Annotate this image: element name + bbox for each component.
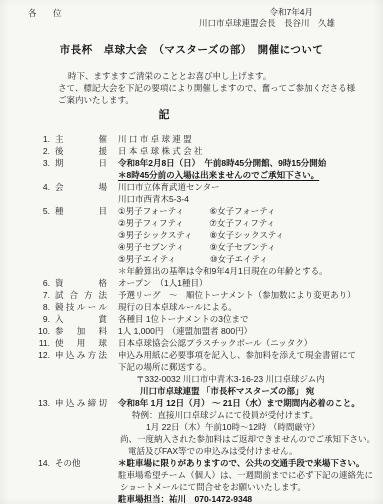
item-number: 3. [0,157,50,169]
list-item: 14. その他 ＊駐車場に限りがありますので、公共の交通手段で来場下さい。 駐車… [0,457,383,504]
item-number: 5. [0,205,50,217]
item-label: 会 場 [55,181,107,193]
header-right: 令和7年4月 川口市卓球連盟会長 長谷川 久雄 [199,7,335,29]
item-number: 6. [0,277,50,289]
item-number: 8. [0,301,50,313]
intro-line: さて、標記大会を下記の要項により開催しますので、奮ってご参加くださる様 [58,82,383,94]
item-number: 4. [0,181,50,193]
item-label: 申込み締切 [55,397,107,409]
item-line: 駐車場担当：祐川 070-1472-9348 [118,493,383,504]
item-number: 13. [0,397,50,409]
item-number: 9. [0,313,50,325]
item-number: 10. [0,325,50,337]
item-line: 下記の場所に郵送する。 [118,361,383,373]
list-item: 6. 資 格 オープン （1人1種目） [0,277,383,289]
page-title: 市長杯 卓球大会 （マスターズの部） 開催について [0,43,383,57]
item-label: 後 援 [55,145,107,157]
intro-line: ご案内いたします。 [58,94,383,106]
item-line: 尚、一度納入された参加料はご返却できませんのでご承知下さい。 [118,433,383,445]
item-label: 種 目 [55,205,107,217]
item-label: 申込み方法 [55,349,107,361]
item-line: 1人 1,000円 （連盟加盟者 800円） [118,325,383,337]
item-line: 各種目 1位トーナメントの3位まで [118,313,383,325]
item-line: ＊年齢算出の基準は令和9年4月1日現在の年齢とする。 [118,265,383,277]
document-date: 令和7年4月 [199,7,335,18]
list-item: 10. 参 加 料 1人 1,000円 （連盟加盟者 800円） [0,325,383,337]
intro-paragraph: 時下、ますますご清栄のこととお喜び申し上げます。 さて、標記大会を下記の要項によ… [58,70,383,106]
sender-name: 川口市卓球連盟会長 長谷川 久雄 [199,18,335,29]
item-line: 令和8年 1月 12日（月） ～ 21日（水）まで期間内必着のこと。 [118,397,383,409]
item-line: 日 本 卓 球 株 式 会 社 [118,145,383,157]
item-label: 主 催 [55,133,107,145]
item-line: 川口市立体育武道センター [118,181,383,193]
item-number: 11. [0,337,50,349]
item-line: 電話及びFAX等での申込みは受付けません。 [118,445,383,457]
list-item: 7. 試合方法 予選リーグ ～ 順位トーナメント（参加数により変更あり） [0,289,383,301]
item-line: 川口市卓球連盟 「市長杯マスターズの部」 宛 [118,385,383,397]
item-number: 1. [0,133,50,145]
list-item: 11. 使 用 球 日本卓球協会公認プラスチックボール（ニッタク） [0,337,383,349]
item-label: 試合方法 [55,289,107,301]
item-label: 競技ルール [55,301,107,313]
list-item: 4. 会 場 川口市立体育武道センター 川口市西青木5-3-4 [0,181,383,205]
intro-line: 時下、ますますご清栄のこととお喜び申し上げます。 [58,70,383,82]
item-line: ③男子シックスティ ⑧女子シックスティ [118,229,383,241]
list-item: 1. 主 催 川 口 市 卓 球 連 盟 [0,133,383,145]
item-line: ②男子フィフティ ⑦女子フィフティ [118,217,383,229]
item-label: 参 加 料 [55,325,107,337]
item-number: 14. [0,457,50,469]
item-line: 〒332-0032 川口市中青木3-16-23 川口卓球ジム内 [118,373,383,385]
list-item: 5. 種 目 ①男子フォーティ ⑥女子フォーティ ②男子フィフティ ⑦女子フィフ… [0,205,383,277]
item-line: ④男子セブンティ ⑨女子セブンティ [118,241,383,253]
document-page: 各 位 令和7年4月 川口市卓球連盟会長 長谷川 久雄 市長杯 卓球大会 （マス… [0,0,383,504]
list-item: 13. 申込み締切 令和8年 1月 12日（月） ～ 21日（水）まで期間内必着… [0,397,383,457]
item-line: 川口市西青木5-3-4 [118,193,383,205]
item-line: 令和8年2月8日（日） 午前8時45分開館、9時15分開始 [118,157,383,169]
item-label: 入 賞 [55,313,107,325]
list-item: 9. 入 賞 各種目 1位トーナメントの3位まで [0,313,383,325]
list-item: 8. 競技ルール 現行の日本卓球ルールによる。 [0,301,383,313]
item-label: 使 用 球 [55,337,107,349]
item-label: 期 日 [55,157,107,169]
list-item: 2. 後 援 日 本 卓 球 株 式 会 社 [0,145,383,157]
item-line: 特例：直接川口卓球ジムにて役員が受付けます。 [118,409,383,421]
item-line: 現行の日本卓球ルールによる。 [118,301,383,313]
item-number: 7. [0,289,50,301]
item-label: その他 [55,457,107,469]
item-line: 駐車場希望チーム（個人）は、一週間前までに必ず下記の連絡先に [118,469,383,481]
item-line: ＊8時45分前の入場は出来ませんのでご承知下さい。 [118,169,383,181]
item-line: 1月 22日（木）午前10時～12時 （時間厳守） [118,421,383,433]
ki-heading: 記 [0,108,383,122]
item-line: 川 口 市 卓 球 連 盟 [118,133,383,145]
item-label: 資 格 [55,277,107,289]
document-header: 各 位 令和7年4月 川口市卓球連盟会長 長谷川 久雄 [0,0,383,34]
item-line: ①男子フォーティ ⑥女子フォーティ [118,205,383,217]
item-line: ⑤男子エイティ ⑩女子エイティ [118,253,383,265]
items-list: 1. 主 催 川 口 市 卓 球 連 盟 2. 後 援 日 本 卓 球 株 式 … [0,133,383,504]
item-number: 12. [0,349,50,361]
list-item: 3. 期 日 令和8年2月8日（日） 午前8時45分開館、9時15分開始 ＊8時… [0,157,383,181]
item-line: ＊駐車場に限りがありますので、公共の交通手段で来場下さい。 [118,457,383,469]
item-line: 申込み用紙に必要事項を記入し、参加料を添えて現金書留にて [118,349,383,361]
recipient: 各 位 [28,7,66,19]
list-item: 12. 申込み方法 申込み用紙に必要事項を記入し、参加料を添えて現金書留にて 下… [0,349,383,397]
item-line: ショートメールにて問合せをお願いいたします。 [118,481,383,493]
item-number: 2. [0,145,50,157]
item-line: 予選リーグ ～ 順位トーナメント（参加数により変更あり） [118,289,383,301]
item-line: 日本卓球協会公認プラスチックボール（ニッタク） [118,337,383,349]
item-line: オープン （1人1種目） [118,277,383,289]
